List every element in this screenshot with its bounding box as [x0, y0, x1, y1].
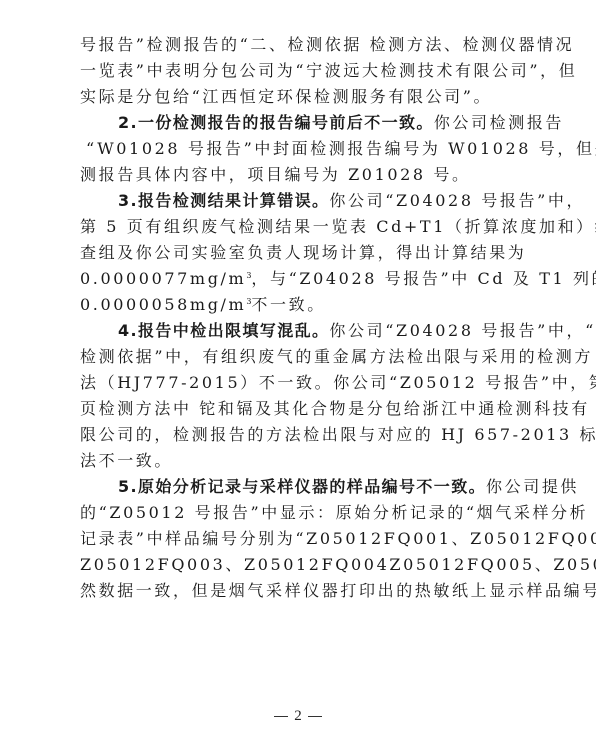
text-line: 页检测方法中 铊和镉及其化合物是分包给浙江中通检测科技有 [80, 396, 522, 422]
text-line: 检测依据”中，有组织废气的重金属方法检出限与采用的检测方 [80, 344, 522, 370]
item-3-first-line: 3.报告检测结果计算错误。你公司“Z04028 号报告”中， [80, 188, 522, 214]
dash-right [308, 716, 322, 718]
text-line: Z05012FQ003、Z05012FQ004Z05012FQ005、Z0501… [80, 552, 522, 578]
page-number-value: 2 [294, 708, 302, 724]
text-line: 0.0000077mg/m3，与“Z04028 号报告”中 Cd 及 T1 列的 [80, 266, 522, 292]
text-line: 实际是分包给“江西恒定环保检测服务有限公司”。 [80, 84, 522, 110]
item-2-heading: 2.一份检测报告的报告编号前后不一致。 [118, 113, 434, 132]
text-line: 记录表”中样品编号分别为“Z05012FQ001、Z05012FQ002、 [80, 526, 522, 552]
text-line: 一览表”中表明分包公司为“宁波远大检测技术有限公司”，但 [80, 58, 522, 84]
text-line: 限公司的，检测报告的方法检出限与对应的 HJ 657-2013 标准方 [80, 422, 522, 448]
text-line: 法（HJ777-2015）不一致。你公司“Z05012 号报告”中，第 3 [80, 370, 522, 396]
dash-left [274, 716, 288, 718]
item-4-heading: 4.报告中检出限填写混乱。 [118, 321, 329, 340]
text-span: 你公司检测报告 [434, 113, 564, 132]
item-5-heading: 5.原始分析记录与采样仪器的样品编号不一致。 [118, 477, 486, 496]
text-line: “W01028 号报告”中封面检测报告编号为 W01028 号，但是在检 [80, 136, 522, 162]
item-2-first-line: 2.一份检测报告的报告编号前后不一致。你公司检测报告 [80, 110, 522, 136]
text-line: 然数据一致，但是烟气采样仪器打印出的热敏纸上显示样品编号 [80, 578, 522, 604]
item-4-first-line: 4.报告中检出限填写混乱。你公司“Z04028 号报告”中，“二、 [80, 318, 522, 344]
item-5-first-line: 5.原始分析记录与采样仪器的样品编号不一致。你公司提供 [80, 474, 522, 500]
text-line: 法不一致。 [80, 448, 522, 474]
text-line: 测报告具体内容中，项目编号为 Z01028 号。 [80, 162, 522, 188]
text-span: ，与“Z04028 号报告”中 Cd 及 T1 列的 [251, 269, 596, 288]
text-line: 号报告”检测报告的“二、检测依据 检测方法、检测仪器情况 [80, 32, 522, 58]
value-cd-tl-report: 0.0000058mg/m [80, 295, 246, 314]
document-body: 号报告”检测报告的“二、检测依据 检测方法、检测仪器情况 一览表”中表明分包公司… [80, 32, 522, 604]
text-line: 的“Z05012 号报告”中显示：原始分析记录的“烟气采样分析 [80, 500, 522, 526]
text-line: 第 5 页有组织废气检测结果一览表 Cd+T1（折算浓度加和）经检 [80, 214, 522, 240]
value-cd-tl-sum: 0.0000077mg/m [80, 269, 246, 288]
text-span: 不一致。 [251, 295, 325, 314]
page-number: 2 [0, 708, 596, 725]
item-3-heading: 3.报告检测结果计算错误。 [118, 191, 329, 210]
text-line: 查组及你公司实验室负责人现场计算，得出计算结果为 [80, 240, 522, 266]
text-span: 你公司提供 [486, 477, 579, 496]
text-line: 0.0000058mg/m3不一致。 [80, 292, 522, 318]
text-span: 你公司“Z04028 号报告”中，“二、 [329, 321, 596, 340]
text-span: 你公司“Z04028 号报告”中， [329, 191, 585, 210]
